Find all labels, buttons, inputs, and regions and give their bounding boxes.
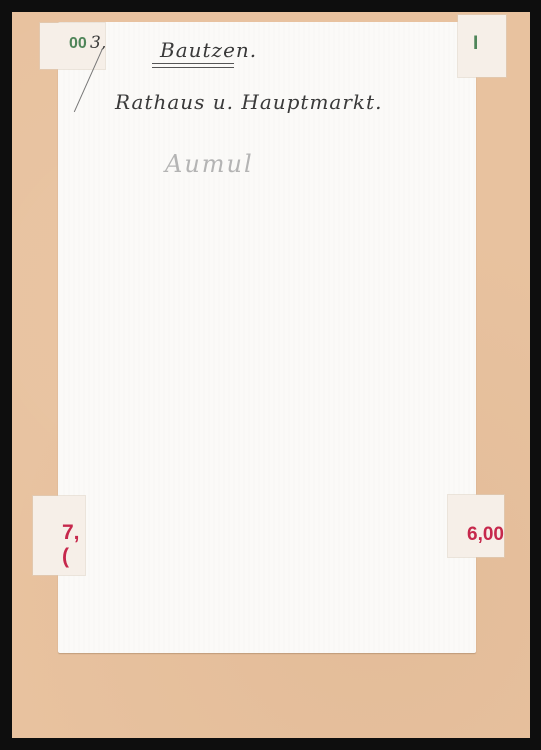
price-label-top-right: I (458, 15, 506, 77)
label-price: 6,00 (467, 524, 504, 546)
price-label-bottom-right: 6,00 (448, 495, 504, 557)
handwritten-lot-number: 3, (90, 33, 106, 53)
label-price: 7,( (62, 521, 85, 569)
price-label-bottom-left: 7,( (33, 496, 85, 575)
faint-pencil-note: Aumul (165, 150, 254, 178)
label-code: 00 (69, 35, 87, 53)
label-code: I (473, 33, 478, 55)
handwritten-caption: Rathaus u. Hauptmarkt. (115, 90, 382, 114)
city-underline (152, 63, 234, 68)
photo-back (58, 22, 476, 653)
handwritten-city: Bautzen. (160, 38, 257, 62)
